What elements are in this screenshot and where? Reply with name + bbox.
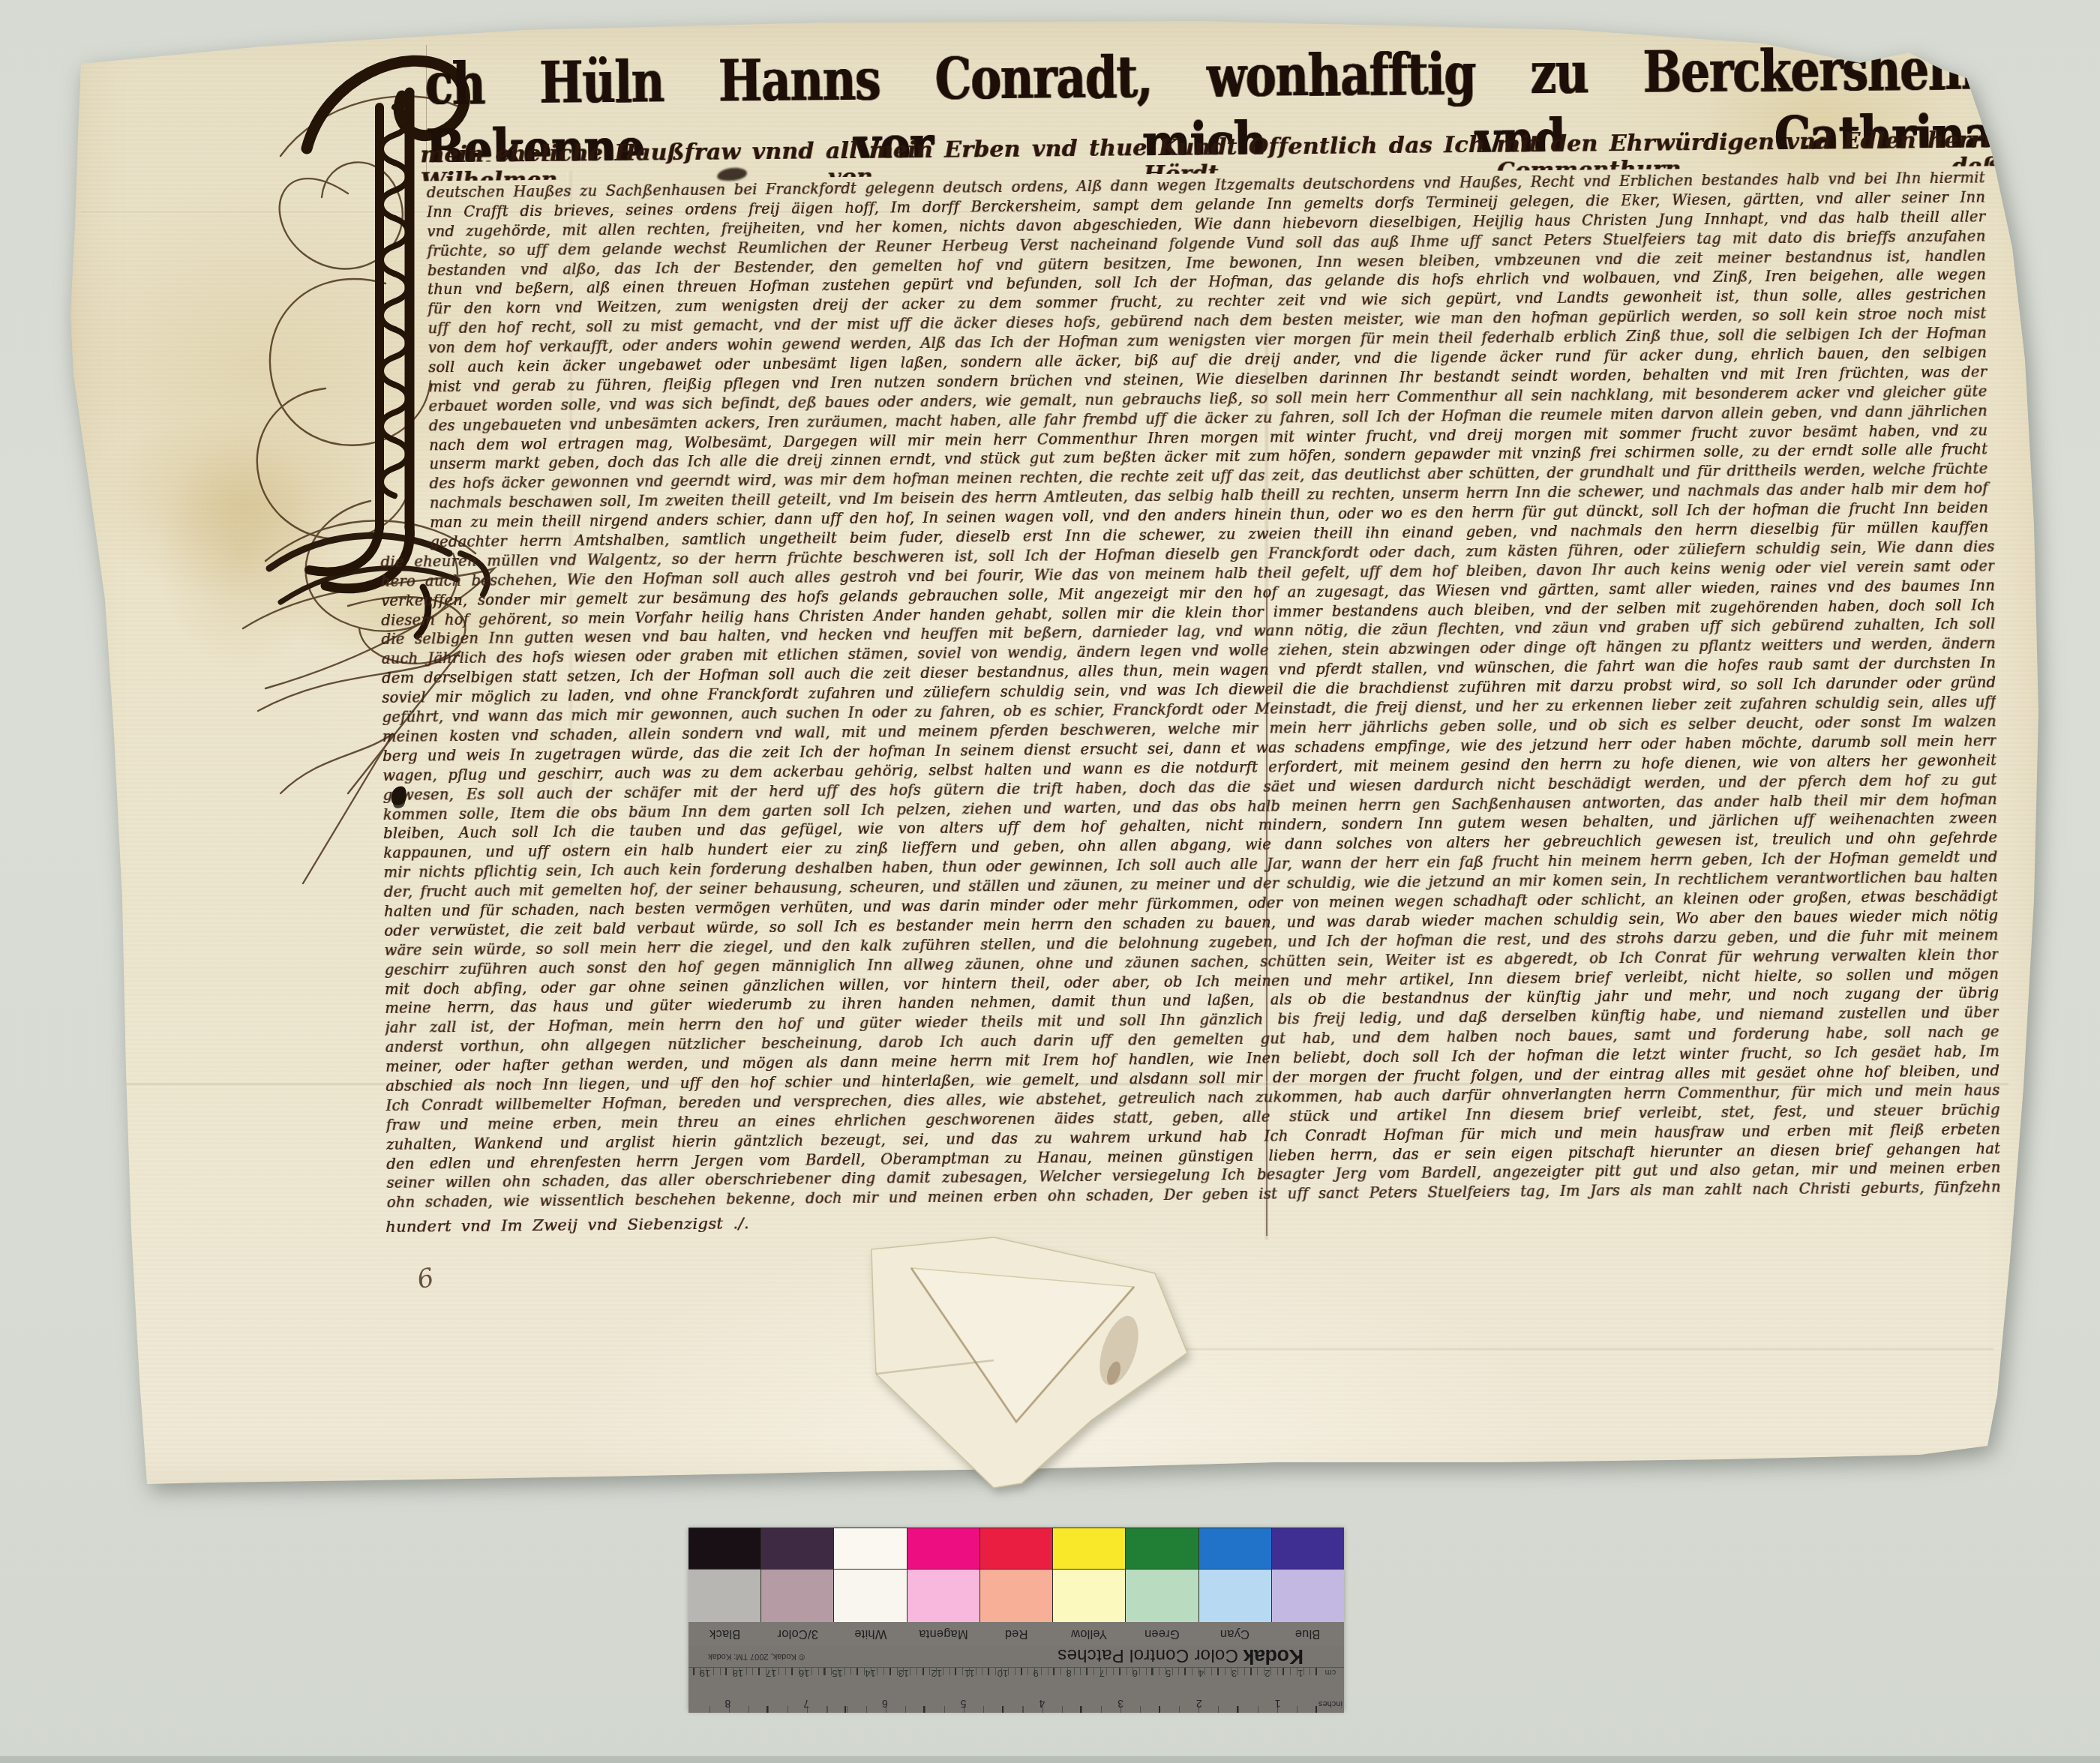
cm-tick-marks xyxy=(693,1668,1317,1675)
patch-label: 3/Color xyxy=(761,1627,834,1642)
color-patch-tint xyxy=(1272,1570,1344,1622)
patch-label: Cyan xyxy=(1198,1627,1271,1642)
patch-tint-row xyxy=(688,1569,1344,1622)
color-patch xyxy=(1199,1528,1271,1569)
patch-label: Green xyxy=(1126,1627,1198,1642)
patch-label: White xyxy=(834,1627,907,1642)
color-patch xyxy=(834,1528,906,1569)
kodak-title-rest: Color Control Patches xyxy=(1057,1646,1243,1666)
kodak-color-target: inches 12345678 cm 123456789101112131415… xyxy=(688,1530,1344,1713)
color-patch xyxy=(688,1528,760,1569)
color-patch-tint xyxy=(1199,1570,1271,1622)
patch-label: Blue xyxy=(1271,1627,1344,1642)
kodak-title-row: Kodak Color Control Patches © Kodak, 200… xyxy=(688,1646,1344,1667)
color-patch-tint xyxy=(907,1570,979,1622)
color-patch xyxy=(761,1528,833,1569)
patch-saturated-row xyxy=(688,1528,1344,1569)
seal-fold-plica xyxy=(855,1227,1207,1512)
color-patch-tint xyxy=(688,1570,760,1622)
archival-photo: { "photo": { "background_color": "#d8dcd… xyxy=(0,0,2100,1763)
color-patch xyxy=(1053,1528,1125,1569)
cm-label: cm xyxy=(1317,1668,1344,1677)
patch-labels-row: BlueCyanGreenYellowRedMagentaWhite3/Colo… xyxy=(688,1622,1344,1646)
patch-label: Magenta xyxy=(907,1627,979,1642)
kodak-title: Kodak Color Control Patches xyxy=(1057,1645,1303,1669)
photo-bottom-edge xyxy=(0,1755,2100,1763)
color-patch-tint xyxy=(761,1570,833,1622)
color-patch-tint xyxy=(980,1570,1052,1622)
ruler-inches: inches 12345678 xyxy=(688,1695,1344,1713)
color-patch xyxy=(1272,1528,1344,1569)
kodak-copyright: © Kodak, 2007 TM: Kodak xyxy=(708,1652,805,1661)
manuscript-body: deutschen Haußes zu Sachßenhausen bei Fr… xyxy=(377,169,2001,1213)
inches-label: inches xyxy=(1317,1699,1344,1708)
color-patch xyxy=(907,1528,979,1569)
color-patch xyxy=(980,1528,1052,1569)
ruler-centimeters: cm 12345678910111213141516171819 xyxy=(688,1667,1344,1695)
inch-tick-marks xyxy=(693,1706,1317,1713)
color-patch-tint xyxy=(834,1570,906,1622)
patch-label: Red xyxy=(979,1627,1052,1642)
kodak-brand: Kodak xyxy=(1243,1646,1303,1669)
color-patch-tint xyxy=(1126,1570,1198,1622)
color-patch xyxy=(1126,1528,1198,1569)
patch-label: Yellow xyxy=(1053,1627,1126,1642)
patch-label: Black xyxy=(688,1627,761,1642)
pen-flourish-mark: 6 xyxy=(415,1263,437,1296)
color-patch-tint xyxy=(1053,1570,1125,1622)
